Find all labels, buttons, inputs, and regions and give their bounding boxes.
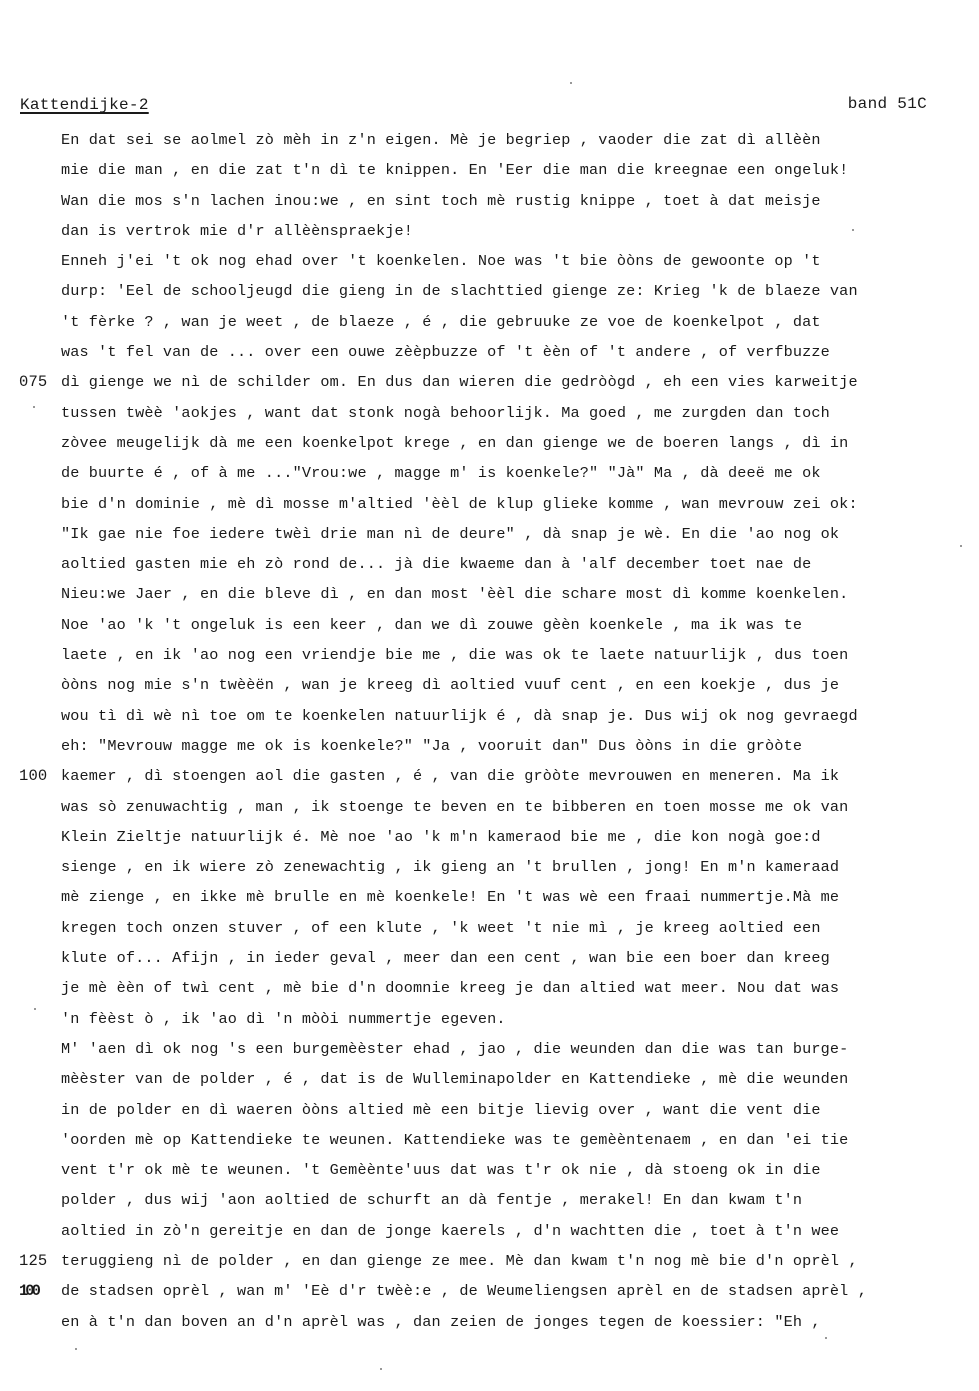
- transcript-line: Nieu:we Jaer , en die bleve dì , en dan …: [0, 579, 979, 609]
- scan-speck: [34, 1008, 36, 1010]
- line-text: de buurte é , of à me ..."Vrou:we , magg…: [61, 458, 821, 488]
- line-text: Klein Zieltje natuurlijk é. Mè noe 'ao '…: [61, 822, 821, 852]
- scan-speck: [380, 1368, 382, 1370]
- transcript-line: mè zienge , en ikke mè brulle en mè koen…: [0, 882, 979, 912]
- transcript-line: in de polder en dì waeren òòns altied mè…: [0, 1095, 979, 1125]
- transcript-line: Wan die mos s'n lachen inou:we , en sint…: [0, 186, 979, 216]
- transcript-line: durp: 'Eel de schooljeugd die gieng in d…: [0, 276, 979, 306]
- transcript-line: M' 'aen dì ok nog 's een burgemèèster eh…: [0, 1034, 979, 1064]
- scan-speck: [825, 1337, 827, 1339]
- line-text: mè zienge , en ikke mè brulle en mè koen…: [61, 882, 839, 912]
- line-text: 'n fèèst ò , ik 'ao dì 'n mòòi nummertje…: [61, 1004, 506, 1034]
- line-text: 't fèrke ? , wan je weet , de blaeze , é…: [61, 307, 821, 337]
- transcript-line: aoltied in zò'n gereitje en dan de jonge…: [0, 1216, 979, 1246]
- line-text: dì gienge we nì de schilder om. En dus d…: [61, 367, 858, 397]
- transcript-line: En dat sei se aolmel zò mèh in z'n eigen…: [0, 125, 979, 155]
- transcript-line: 075dì gienge we nì de schilder om. En du…: [0, 367, 979, 397]
- transcript-line: 100de stadsen oprèl , wan m' 'Eè d'r twè…: [0, 1276, 979, 1306]
- transcript-line: 'oorden mè op Kattendieke te weunen. Kat…: [0, 1125, 979, 1155]
- line-text: aoltied in zò'n gereitje en dan de jonge…: [61, 1216, 839, 1246]
- scan-speck: [852, 229, 854, 231]
- line-text: teruggieng nì de polder , en dan gienge …: [61, 1246, 858, 1276]
- transcript-line: en à t'n dan boven an d'n aprèl was , da…: [0, 1307, 979, 1337]
- line-text: bie d'n dominie , mè dì mosse m'altied '…: [61, 489, 858, 519]
- transcript-line: was sò zenuwachtig , man , ik stoenge te…: [0, 792, 979, 822]
- transcript-line: tussen twèè 'aokjes , want dat stonk nog…: [0, 398, 979, 428]
- line-text: mie die man , en die zat t'n dì te knipp…: [61, 155, 848, 185]
- line-text: was 't fel van de ... over een ouwe zèèp…: [61, 337, 830, 367]
- transcript-line: 'n fèèst ò , ik 'ao dì 'n mòòi nummertje…: [0, 1004, 979, 1034]
- line-text: polder , dus wij 'aon aoltied de schurft…: [61, 1185, 802, 1215]
- typewritten-transcript-page: Kattendijke-2 band 51C En dat sei se aol…: [0, 0, 979, 1391]
- line-text: sienge , en ik wiere zò zenewachtig , ik…: [61, 852, 839, 882]
- line-text: òòns nog mie s'n twèèën , wan je kreeg d…: [61, 670, 839, 700]
- transcript-line: mèèster van de polder , é , dat is de Wu…: [0, 1064, 979, 1094]
- transcript-line: "Ik gae nie foe iedere twèì drie man nì …: [0, 519, 979, 549]
- line-text: de stadsen oprèl , wan m' 'Eè d'r twèè:e…: [61, 1276, 867, 1306]
- line-text: Enneh j'ei 't ok nog ehad over 't koenke…: [61, 246, 821, 276]
- line-text: was sò zenuwachtig , man , ik stoenge te…: [61, 792, 848, 822]
- transcript-line: eh: "Mevrouw magge me ok is koenkele?" "…: [0, 731, 979, 761]
- line-text: Noe 'ao 'k 't ongeluk is een keer , dan …: [61, 610, 802, 640]
- transcript-line: 125teruggieng nì de polder , en dan gien…: [0, 1246, 979, 1276]
- transcript-body: En dat sei se aolmel zò mèh in z'n eigen…: [0, 125, 979, 1337]
- transcript-line: kregen toch onzen stuver , of een klute …: [0, 913, 979, 943]
- transcript-line: sienge , en ik wiere zò zenewachtig , ik…: [0, 852, 979, 882]
- line-text: zòvee meugelijk dà me een koenkelpot kre…: [61, 428, 848, 458]
- line-text: M' 'aen dì ok nog 's een burgemèèster eh…: [61, 1034, 848, 1064]
- line-text: kregen toch onzen stuver , of een klute …: [61, 913, 821, 943]
- line-text: mèèster van de polder , é , dat is de Wu…: [61, 1064, 848, 1094]
- line-text: tussen twèè 'aokjes , want dat stonk nog…: [61, 398, 830, 428]
- transcript-line: 't fèrke ? , wan je weet , de blaeze , é…: [0, 307, 979, 337]
- transcript-line: vent t'r ok mè te weunen. 't Gemèènte'uu…: [0, 1155, 979, 1185]
- transcript-line: zòvee meugelijk dà me een koenkelpot kre…: [0, 428, 979, 458]
- transcript-line: Noe 'ao 'k 't ongeluk is een keer , dan …: [0, 610, 979, 640]
- line-text: durp: 'Eel de schooljeugd die gieng in d…: [61, 276, 858, 306]
- transcript-line: bie d'n dominie , mè dì mosse m'altied '…: [0, 489, 979, 519]
- line-text: wou tì dì wè nì toe om te koenkelen natu…: [61, 701, 858, 731]
- line-text: aoltied gasten mie eh zò rond de... jà d…: [61, 549, 811, 579]
- transcript-line: klute of... Afijn , in ieder geval , mee…: [0, 943, 979, 973]
- scan-speck: [960, 545, 962, 547]
- line-text: in de polder en dì waeren òòns altied mè…: [61, 1095, 821, 1125]
- line-text: en à t'n dan boven an d'n aprèl was , da…: [61, 1307, 821, 1337]
- line-text: klute of... Afijn , in ieder geval , mee…: [61, 943, 830, 973]
- line-text: kaemer , dì stoengen aol die gasten , é …: [61, 761, 839, 791]
- scan-speck: [33, 406, 35, 408]
- line-text: 'oorden mè op Kattendieke te weunen. Kat…: [61, 1125, 848, 1155]
- line-text: je mè èèn of twì cent , mè bie d'n doomn…: [61, 973, 839, 1003]
- line-text: Wan die mos s'n lachen inou:we , en sint…: [61, 186, 821, 216]
- line-number: 075: [19, 367, 47, 397]
- transcript-line: polder , dus wij 'aon aoltied de schurft…: [0, 1185, 979, 1215]
- line-number: 125: [19, 1246, 47, 1276]
- line-text: dan is vertrok mie d'r allèènspraekje!: [61, 216, 413, 246]
- transcript-line: Enneh j'ei 't ok nog ehad over 't koenke…: [0, 246, 979, 276]
- document-title: Kattendijke-2: [20, 96, 149, 114]
- transcript-line: òòns nog mie s'n twèèën , wan je kreeg d…: [0, 670, 979, 700]
- transcript-line: de buurte é , of à me ..."Vrou:we , magg…: [0, 458, 979, 488]
- line-number: 100: [19, 761, 47, 791]
- line-text: Nieu:we Jaer , en die bleve dì , en dan …: [61, 579, 848, 609]
- transcript-line: 100kaemer , dì stoengen aol die gasten ,…: [0, 761, 979, 791]
- transcript-line: Klein Zieltje natuurlijk é. Mè noe 'ao '…: [0, 822, 979, 852]
- line-text: vent t'r ok mè te weunen. 't Gemèènte'uu…: [61, 1155, 821, 1185]
- line-text: En dat sei se aolmel zò mèh in z'n eigen…: [61, 125, 821, 155]
- scan-speck: [570, 82, 572, 84]
- transcript-line: wou tì dì wè nì toe om te koenkelen natu…: [0, 701, 979, 731]
- line-number-struck: 100: [19, 1276, 38, 1306]
- transcript-line: laete , en ik 'ao nog een vriendje bie m…: [0, 640, 979, 670]
- transcript-line: dan is vertrok mie d'r allèènspraekje!: [0, 216, 979, 246]
- transcript-line: was 't fel van de ... over een ouwe zèèp…: [0, 337, 979, 367]
- scan-speck: [75, 1348, 77, 1350]
- line-text: eh: "Mevrouw magge me ok is koenkele?" "…: [61, 731, 802, 761]
- band-label: band 51C: [848, 95, 927, 113]
- transcript-line: mie die man , en die zat t'n dì te knipp…: [0, 155, 979, 185]
- transcript-line: je mè èèn of twì cent , mè bie d'n doomn…: [0, 973, 979, 1003]
- transcript-line: aoltied gasten mie eh zò rond de... jà d…: [0, 549, 979, 579]
- line-text: laete , en ik 'ao nog een vriendje bie m…: [61, 640, 848, 670]
- line-text: "Ik gae nie foe iedere twèì drie man nì …: [61, 519, 839, 549]
